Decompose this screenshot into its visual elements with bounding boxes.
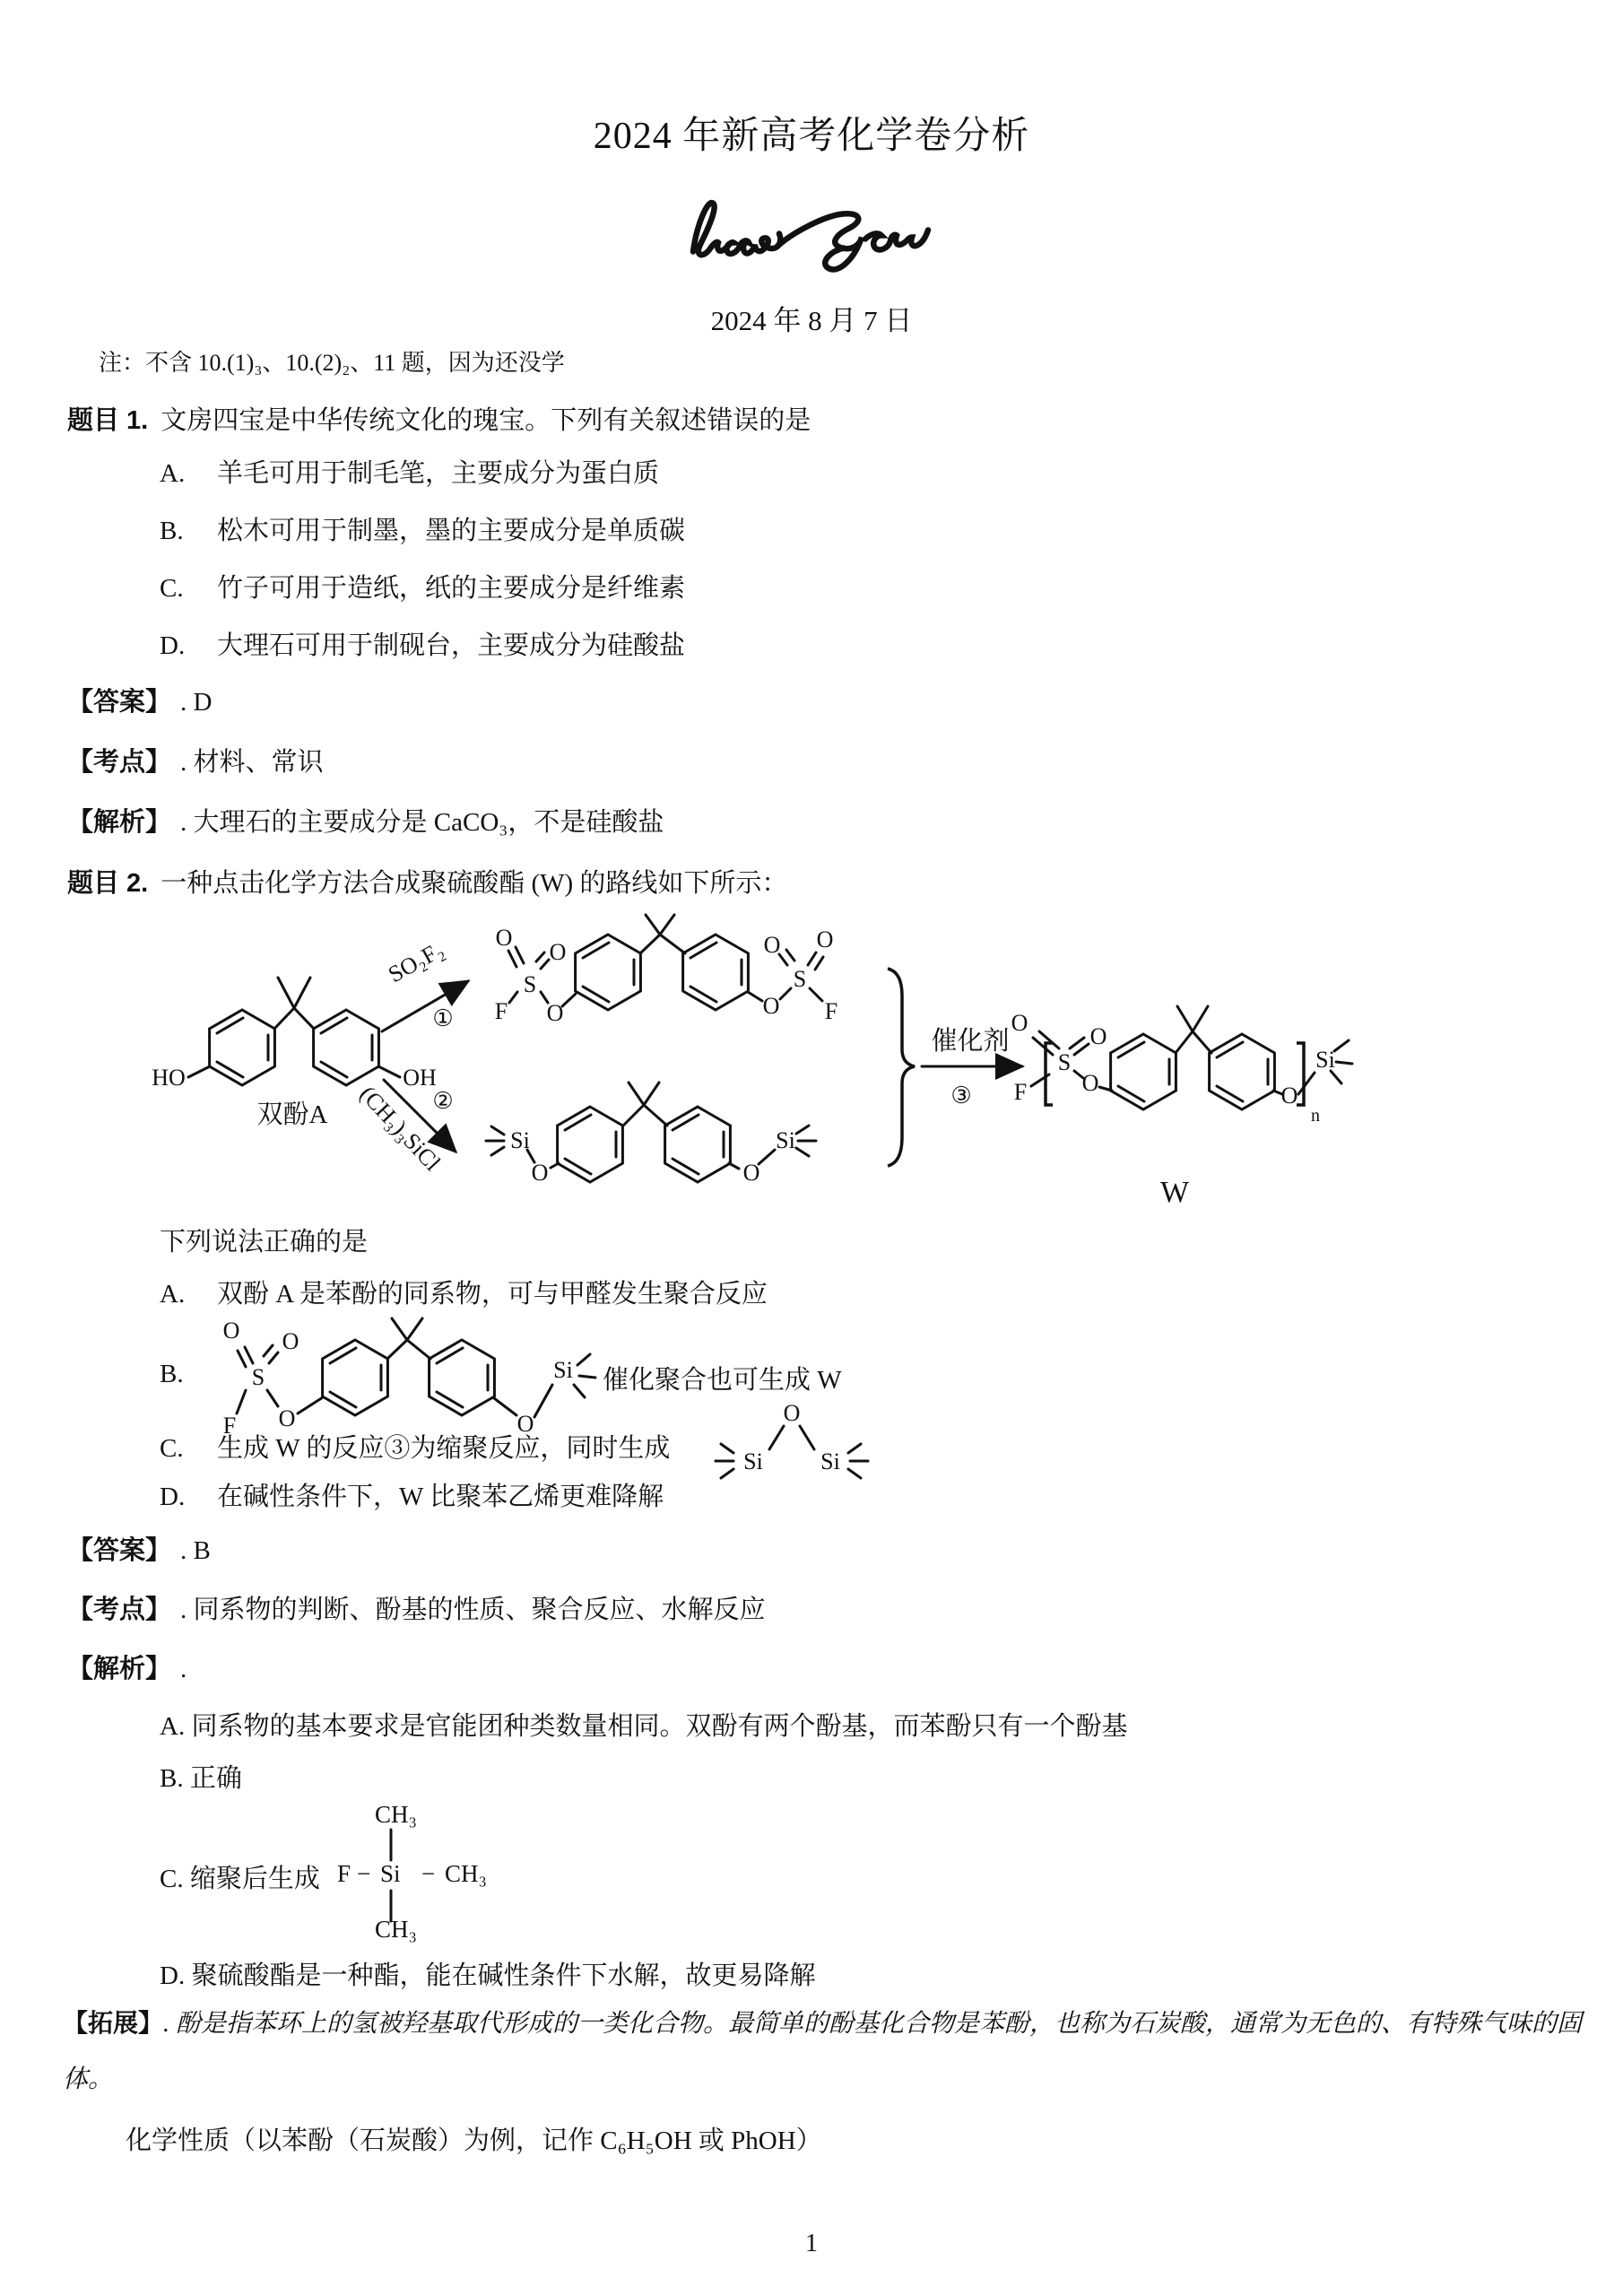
- ch3-right: CH₃: [445, 1860, 487, 1887]
- points-label: 【考点】: [67, 748, 171, 777]
- expansion-label: 【拓展】: [63, 2009, 163, 2037]
- ho-label: HO: [152, 1065, 186, 1091]
- o-atom: O: [1281, 1083, 1298, 1109]
- o-atom: O: [764, 932, 781, 958]
- q1-option-b-text: 松木可用于制墨，墨的主要成分是单质碳: [217, 517, 685, 545]
- q1-option-d-text: 大理石可用于制砚台，主要成分为硅酸盐: [217, 631, 685, 660]
- si-atom: Si: [776, 1127, 795, 1153]
- q2-analysis-a: A. 同系物的基本要求是官能团种类数量相同。双酚有两个酚基，而苯酚只有一个酚基: [160, 1706, 1127, 1743]
- f-atom: F: [825, 998, 838, 1024]
- o-atom: O: [550, 939, 567, 965]
- o-atom: O: [496, 925, 513, 951]
- document-page: 2024 年新高考化学卷分析 2024 年 8 月 7 日 注：不含 10.(1…: [0, 0, 1623, 2296]
- o-atom: O: [1082, 1070, 1099, 1096]
- q2-option-d-key: D.: [160, 1483, 217, 1512]
- chemical-properties-line: 化学性质（以苯酚（石炭酸）为例，记作 C₆H₅OH 或 PhOH）: [126, 2120, 822, 2157]
- expansion-block: 【拓展】. 酚是指苯环上的氢被羟基取代形成的一类化合物。最简单的酚基化合物是苯酚…: [63, 1996, 1587, 2108]
- si-atom: Si: [820, 1448, 840, 1474]
- bond-dash: −: [357, 1860, 370, 1887]
- f-atom: F: [495, 998, 508, 1024]
- q2-option-d-text: 在碱性条件下，W 比聚苯乙烯更难降解: [217, 1483, 664, 1511]
- q1-analysis-row: 【解析】. 大理石的主要成分是 CaCO₃，不是硅酸盐: [67, 802, 664, 839]
- o-atom: O: [1090, 1023, 1107, 1049]
- q1-points-value: . 材料、常识: [180, 748, 324, 777]
- si-atom: Si: [1315, 1047, 1335, 1073]
- q2-stem: 一种点击化学方法合成聚硫酸酯 (W) 的路线如下所示：: [161, 869, 787, 898]
- o-atom: O: [784, 1400, 801, 1426]
- o-atom: O: [282, 1328, 299, 1354]
- s-atom: S: [524, 971, 536, 997]
- q1-points-row: 【考点】. 材料、常识: [67, 742, 324, 778]
- s-atom: S: [1058, 1049, 1071, 1075]
- signature-handwriting: [677, 187, 946, 281]
- q2-option-c: C.生成 W 的反应③为缩聚反应，同时生成: [160, 1428, 670, 1465]
- q2-analysis-row: 【解析】.: [67, 1648, 187, 1685]
- q1-answer-value: . D: [180, 688, 212, 717]
- reagent1-label: SO₂F₂: [384, 936, 448, 987]
- q1-option-a: A.羊毛可用于制毛笔，主要成分为蛋白质: [160, 453, 659, 490]
- s-atom: S: [794, 966, 806, 992]
- q2-answer-value: . B: [180, 1536, 211, 1565]
- q1-analysis-value: . 大理石的主要成分是 CaCO₃，不是硅酸盐: [180, 808, 664, 837]
- step1-label: ①: [432, 1005, 453, 1031]
- analysis-c-fluorosilane-structure: CH₃ F − Si − CH₃ CH₃: [334, 1805, 531, 1939]
- polymer-w-structure: O O S F O O n Si W: [1011, 1006, 1352, 1209]
- q2-option-c-text: 生成 W 的反应③为缩聚反应，同时生成: [217, 1434, 670, 1463]
- q2-answer-row: 【答案】. B: [67, 1530, 211, 1567]
- q2-analysis-c-prefix: C. 缩聚后生成: [160, 1858, 320, 1895]
- n-subscript: n: [1311, 1106, 1320, 1126]
- o-atom: O: [1011, 1010, 1028, 1036]
- reaction-arrow-2: (CH₃)₃SiCl ②: [354, 1080, 456, 1176]
- combining-brace: [888, 969, 915, 1166]
- si-atom: Si: [510, 1127, 530, 1153]
- analysis-label: 【解析】: [67, 1655, 171, 1683]
- note-line: 注：不含 10.(1)₃、10.(2)₂、11 题，因为还没学: [99, 344, 565, 378]
- page-title: 2024 年新高考化学卷分析: [0, 106, 1623, 160]
- s-atom: S: [252, 1364, 265, 1390]
- q2-heading: 题目 2.一种点击化学方法合成聚硫酸酯 (W) 的路线如下所示：: [67, 863, 787, 900]
- q1-number: 题目 1.: [67, 406, 148, 435]
- q2-points-value: . 同系物的判断、酚基的性质、聚合反应、水解反应: [180, 1596, 766, 1624]
- q1-option-a-text: 羊毛可用于制毛笔，主要成分为蛋白质: [217, 459, 659, 488]
- catalyst-label: 催化剂: [931, 1026, 1009, 1056]
- step3-label: ③: [950, 1083, 971, 1109]
- q1-answer-row: 【答案】. D: [67, 682, 212, 718]
- q2-analysis-d: D. 聚硫酸酯是一种酯，能在碱性条件下水解，故更易降解: [160, 1955, 815, 1992]
- si-atom: Si: [380, 1860, 401, 1887]
- q1-option-d-key: D.: [160, 631, 217, 661]
- expansion-text: . 酚是指苯环上的氢被羟基取代形成的一类化合物。最简单的酚基化合物是苯酚，也称为…: [63, 2010, 1582, 2093]
- q1-option-a-key: A.: [160, 459, 217, 489]
- option-c-disiloxane-structure: O Si Si: [707, 1392, 877, 1504]
- oh-label: OH: [403, 1065, 437, 1091]
- product-w-label: W: [1160, 1176, 1190, 1209]
- q2-number: 题目 2.: [67, 869, 148, 898]
- q1-option-d: D.大理石可用于制砚台，主要成分为硅酸盐: [160, 625, 685, 662]
- reaction-scheme-diagram: HO OH 双酚A SO₂F₂ ① (CH₃)₃SiCl ② O O S: [63, 913, 1372, 1227]
- q2-option-d: D.在碱性条件下，W 比聚苯乙烯更难降解: [160, 1476, 664, 1513]
- silyl-ether-intermediate-structure: Si O Si O: [486, 1083, 816, 1186]
- f-atom: F: [337, 1860, 351, 1887]
- si-atom: Si: [743, 1448, 763, 1474]
- q1-option-c-text: 竹子可用于造纸，纸的主要成分是纤维素: [217, 574, 685, 603]
- o-atom: O: [763, 993, 780, 1019]
- answer-label: 【答案】: [67, 688, 171, 717]
- q2-question-line: 下列说法正确的是: [160, 1222, 368, 1258]
- points-label: 【考点】: [67, 1596, 171, 1624]
- f-atom: F: [1014, 1079, 1027, 1105]
- q2-option-b-text: 催化聚合也可生成 W: [603, 1360, 842, 1396]
- reaction-arrow-1: SO₂F₂ ①: [382, 936, 468, 1031]
- ch3-bottom: CH₃: [375, 1916, 417, 1943]
- q1-stem: 文房四宝是中华传统文化的瑰宝。下列有关叙述错误的是: [161, 406, 811, 435]
- q2-points-row: 【考点】. 同系物的判断、酚基的性质、聚合反应、水解反应: [67, 1589, 766, 1626]
- q1-option-c: C.竹子可用于造纸，纸的主要成分是纤维素: [160, 568, 685, 604]
- ch3-top: CH₃: [375, 1801, 417, 1828]
- answer-label: 【答案】: [67, 1536, 171, 1565]
- si-atom: Si: [553, 1357, 573, 1383]
- o-atom: O: [743, 1160, 760, 1186]
- o-atom: O: [223, 1318, 240, 1344]
- bisphenol-a-label: 双酚A: [257, 1100, 328, 1129]
- date: 2024 年 8 月 7 日: [0, 298, 1623, 338]
- q2-option-a-text: 双酚 A 是苯酚的同系物，可与甲醛发生聚合反应: [217, 1280, 768, 1309]
- o-atom: O: [532, 1160, 549, 1186]
- q1-heading: 题目 1.文房四宝是中华传统文化的瑰宝。下列有关叙述错误的是: [67, 400, 811, 437]
- q1-option-c-key: C.: [160, 574, 217, 604]
- fluorosulfate-intermediate-structure: O O S F O O S O O F: [495, 915, 838, 1026]
- q1-option-b: B.松木可用于制墨，墨的主要成分是单质碳: [160, 510, 685, 547]
- page-number: 1: [0, 2230, 1623, 2258]
- q1-option-b-key: B.: [160, 517, 217, 546]
- reaction-arrow-3: 催化剂 ③: [922, 1026, 1022, 1109]
- q2-option-c-key: C.: [160, 1434, 217, 1464]
- o-atom: O: [547, 1000, 564, 1026]
- o-atom: O: [817, 926, 834, 952]
- step2-label: ②: [432, 1088, 453, 1114]
- q2-analysis-b: B. 正确: [160, 1758, 242, 1795]
- analysis-label: 【解析】: [67, 808, 171, 837]
- q2-option-a-key: A.: [160, 1280, 217, 1309]
- bond-dash: −: [421, 1860, 435, 1887]
- q2-option-a: A.双酚 A 是苯酚的同系物，可与甲醛发生聚合反应: [160, 1274, 768, 1310]
- q2-analysis-value: .: [180, 1655, 187, 1683]
